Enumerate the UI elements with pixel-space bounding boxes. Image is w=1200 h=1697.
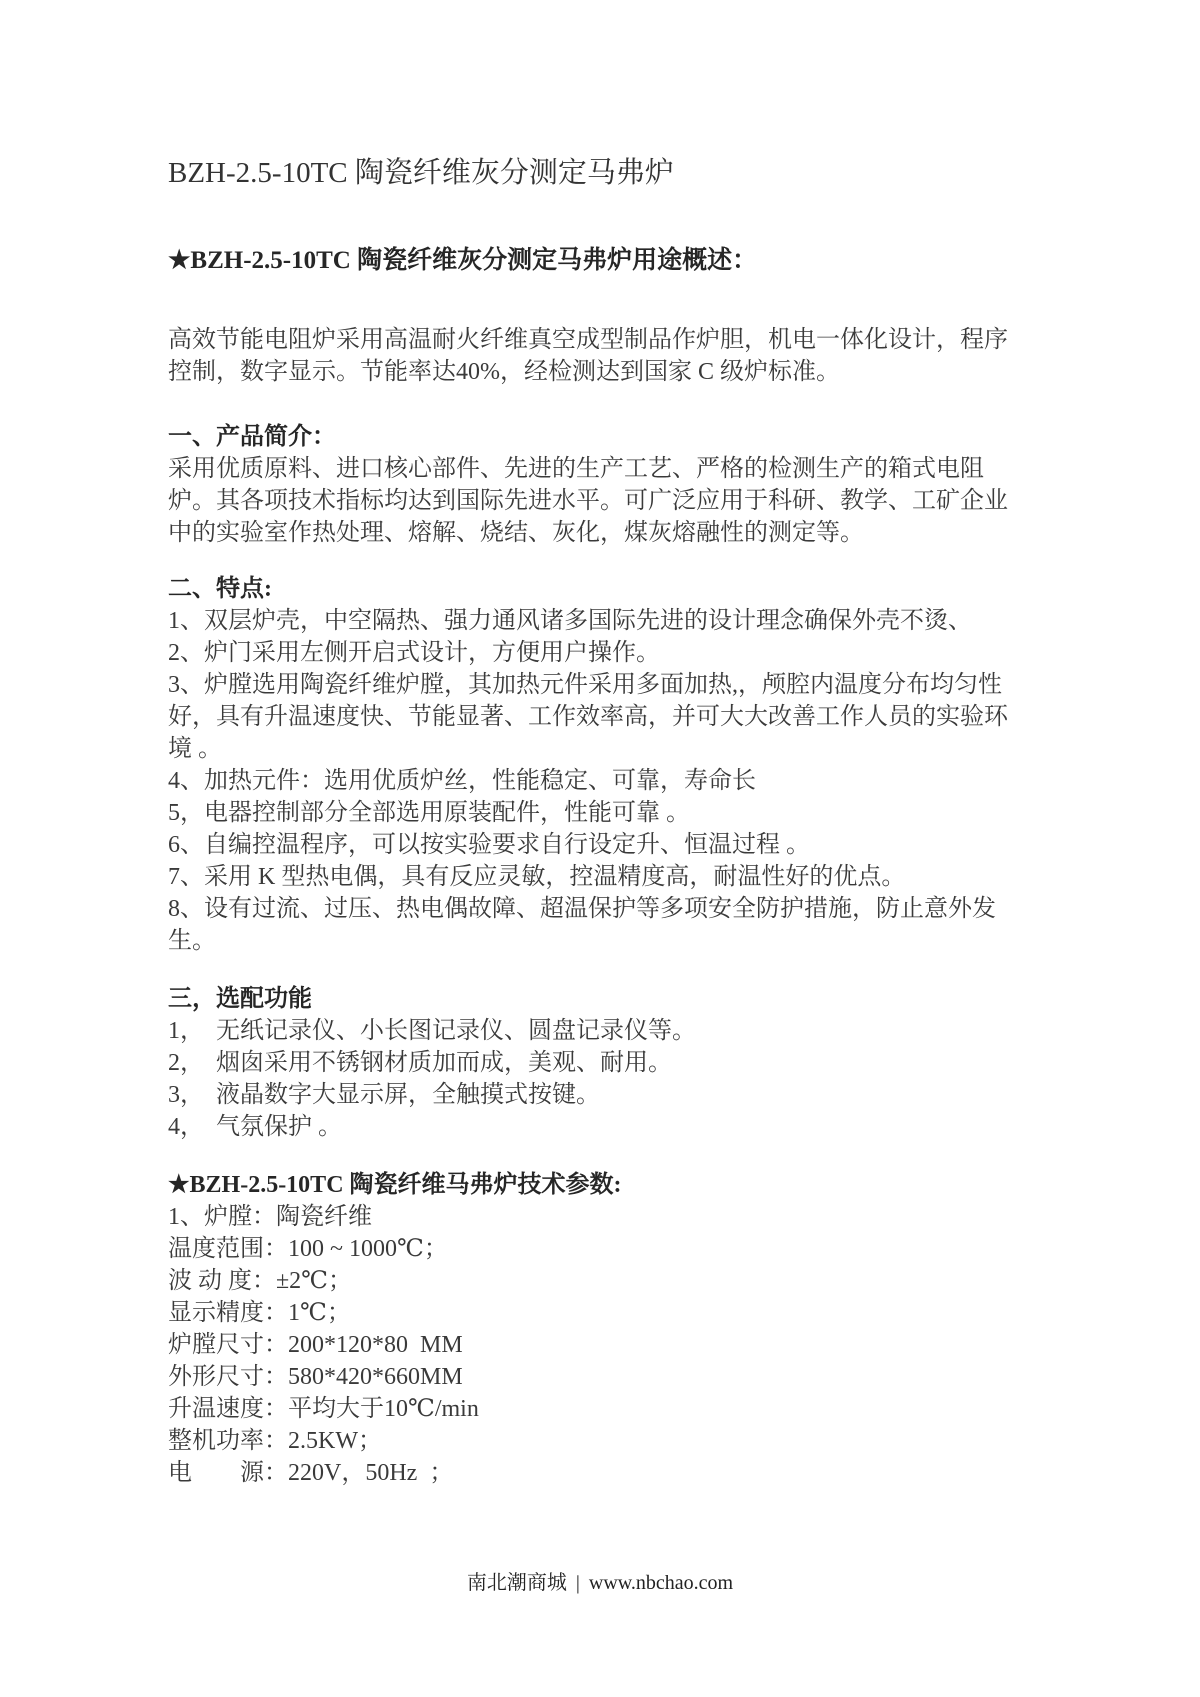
document-title: BZH-2.5-10TC 陶瓷纤维灰分测定马弗炉 xyxy=(168,154,1026,192)
spec-line: 温度范围：100 ~ 1000℃； xyxy=(168,1233,1026,1265)
footer-url: www.nbchao.com xyxy=(589,1572,733,1594)
spec-line: 升温速度：平均大于10℃/min xyxy=(168,1393,1026,1425)
spec-line: 整机功率：2.5KW； xyxy=(168,1425,1026,1457)
optional-item: 1， 无纸记录仪、小长图记录仪、圆盘记录仪等。 xyxy=(168,1015,1026,1047)
features-section-heading: 二、特点: xyxy=(168,573,1026,605)
feature-item: 4、加热元件：选用优质炉丝，性能稳定、可靠，寿命长 xyxy=(168,765,1026,797)
intro-section-heading: 一、产品简介： xyxy=(168,421,1026,453)
feature-item: 5，电器控制部分全部选用原装配件，性能可靠 。 xyxy=(168,797,1026,829)
optional-section-heading: 三，选配功能 xyxy=(168,983,1026,1015)
feature-item: 3、炉膛选用陶瓷纤维炉膛，其加热元件采用多面加热,，颅腔内温度分布均匀性好，具有… xyxy=(168,669,1026,765)
spec-line: 炉膛尺寸：200*120*80 MM xyxy=(168,1329,1026,1361)
optional-item: 4， 气氛保护 。 xyxy=(168,1111,1026,1143)
feature-item: 1、双层炉壳，中空隔热、强力通风诸多国际先进的设计理念确保外壳不烫、 xyxy=(168,605,1026,637)
overview-paragraph: 高效节能电阻炉采用高温耐火纤维真空成型制品作炉胆，机电一体化设计，程序控制，数字… xyxy=(168,324,1026,388)
spec-line: 电 源：220V，50Hz ； xyxy=(168,1457,1026,1489)
footer-separator: | xyxy=(576,1568,580,1598)
spec-line: 显示精度：1℃； xyxy=(168,1297,1026,1329)
overview-heading: ★BZH-2.5-10TC 陶瓷纤维灰分测定马弗炉用途概述： xyxy=(168,244,1026,278)
feature-item: 8、设有过流、过压、热电偶故障、超温保护等多项安全防护措施，防止意外发生。 xyxy=(168,893,1026,957)
footer-site-name: 南北潮商城 xyxy=(467,1572,567,1594)
optional-item: 3， 液晶数字大显示屏，全触摸式按键。 xyxy=(168,1079,1026,1111)
feature-item: 6、自编控温程序，可以按实验要求自行设定升、恒温过程 。 xyxy=(168,829,1026,861)
spec-line: 1、炉膛：陶瓷纤维 xyxy=(168,1201,1026,1233)
page-footer: 南北潮商城|www.nbchao.com xyxy=(0,1568,1200,1598)
feature-item: 2、炉门采用左侧开启式设计，方便用户操作。 xyxy=(168,637,1026,669)
spec-line: 波 动 度：±2℃； xyxy=(168,1265,1026,1297)
document-page: BZH-2.5-10TC 陶瓷纤维灰分测定马弗炉 ★BZH-2.5-10TC 陶… xyxy=(0,0,1026,1489)
intro-paragraph: 采用优质原料、进口核心部件、先进的生产工艺、严格的检测生产的箱式电阻炉。其各项技… xyxy=(168,453,1026,549)
optional-item: 2， 烟囱采用不锈钢材质加而成，美观、耐用。 xyxy=(168,1047,1026,1079)
spec-line: 外形尺寸：580*420*660MM xyxy=(168,1361,1026,1393)
feature-item: 7、采用 K 型热电偶，具有反应灵敏，控温精度高，耐温性好的优点。 xyxy=(168,861,1026,893)
specs-section-heading: ★BZH-2.5-10TC 陶瓷纤维马弗炉技术参数: xyxy=(168,1169,1026,1201)
